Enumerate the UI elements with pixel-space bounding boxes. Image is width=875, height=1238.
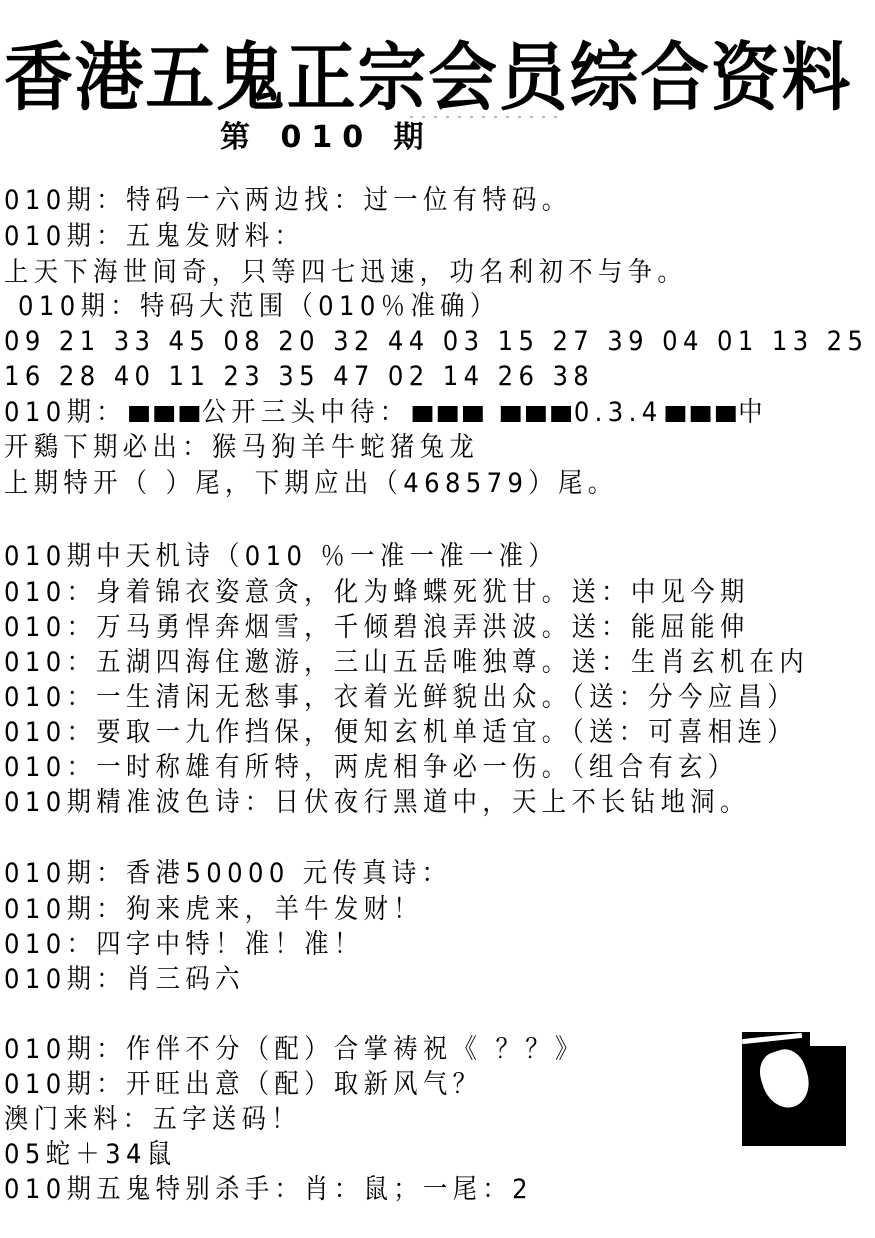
heads-prefix: 010期： (4, 397, 126, 428)
text-line: 010：四字中特！准！准！ (4, 928, 364, 962)
text-line: 16 28 40 11 23 35 47 02 14 26 38 (4, 360, 594, 394)
text-line: 上天下海世间奇，只等四七迅速，功名利初不与争。 (4, 256, 687, 290)
redacted-block (412, 406, 432, 422)
text-line: 上期特开（ ）尾，下期应出（468579）尾。 (4, 467, 617, 501)
text-line: 010期：五鬼发财料： (4, 220, 304, 254)
text-line: 010期：狗来虎来，羊牛发财！ (4, 893, 423, 927)
redacted-block (437, 406, 457, 422)
photo-arm (810, 1032, 846, 1046)
photo-hat (742, 1033, 802, 1044)
redacted-block (179, 406, 199, 422)
text-line: 010期：开旺出意（配）取新风气？ (4, 1068, 482, 1102)
text-line: 09 21 33 45 08 20 32 44 03 15 27 39 04 0… (4, 325, 868, 359)
text-line: 010：一生清闲无愁事，衣着光鲜貌出众。（送：分今应昌） (4, 681, 797, 715)
text-line: 010期中天机诗（010 ％一准一准一准） (4, 540, 558, 574)
text-line: 010期五鬼特别杀手：肖：鼠；一尾：2 (4, 1173, 533, 1207)
redacted-block (716, 406, 736, 422)
text-line: 010期：香港50000 元传真诗： (4, 857, 451, 891)
text-line: 05蛇＋34鼠 (4, 1138, 177, 1172)
redacted-block (551, 406, 571, 422)
text-line: 澳门来料：五字送码！ (4, 1103, 301, 1137)
text-line: 开鷄下期必出：猴马狗羊牛蛇猪兔龙 (4, 431, 479, 465)
heads-value: 0.3.4 (574, 397, 663, 428)
heads-suffix: 中 (738, 397, 768, 428)
redacted-block (501, 406, 521, 422)
text-line: 010：身着锦衣姿意贪，化为蜂蝶死犹甘。送：中见今期 (4, 576, 750, 610)
text-line: 010期精准波色诗：日伏夜行黑道中，天上不长钻地洞。 (4, 786, 750, 820)
heads-label: 公开三头中待： (202, 397, 410, 428)
portrait-photo (742, 1032, 846, 1146)
page-title: 香港五鬼正宗会员综合资料 (4, 36, 814, 120)
redacted-block (129, 406, 149, 422)
redacted-block (665, 406, 685, 422)
text-line: 010：要取一九作挡保，便知玄机单适宜。（送：可喜相连） (4, 716, 797, 750)
text-line: 010期：特码大范围（010％准确） (18, 290, 500, 324)
redacted-block (691, 406, 711, 422)
text-line: 010：万马勇悍奔烟雪，千倾碧浪弄洪波。送：能屈能伸 (4, 611, 750, 645)
redacted-block (526, 406, 546, 422)
redacted-block (154, 406, 174, 422)
text-line: 010期：作伴不分（配）合掌祷祝《 ？？》 (4, 1033, 585, 1067)
photo-face (754, 1044, 816, 1113)
redacted-block (463, 406, 483, 422)
text-line: 010期：肖三码六 (4, 963, 245, 997)
text-line: 010：五湖四海住邀游，三山五岳唯独尊。送：生肖玄机在内 (4, 646, 809, 680)
text-line: 010：一时称雄有所特，两虎相争必一伤。（组合有玄） (4, 751, 738, 785)
text-line: 010期：特码一六两边找：过一位有特码。 (4, 184, 571, 218)
issue-number: 第 010 期 (220, 112, 434, 156)
heads-line: 010期：公开三头中待： 0.3.4中 (4, 396, 768, 430)
scan-noise (410, 116, 560, 118)
